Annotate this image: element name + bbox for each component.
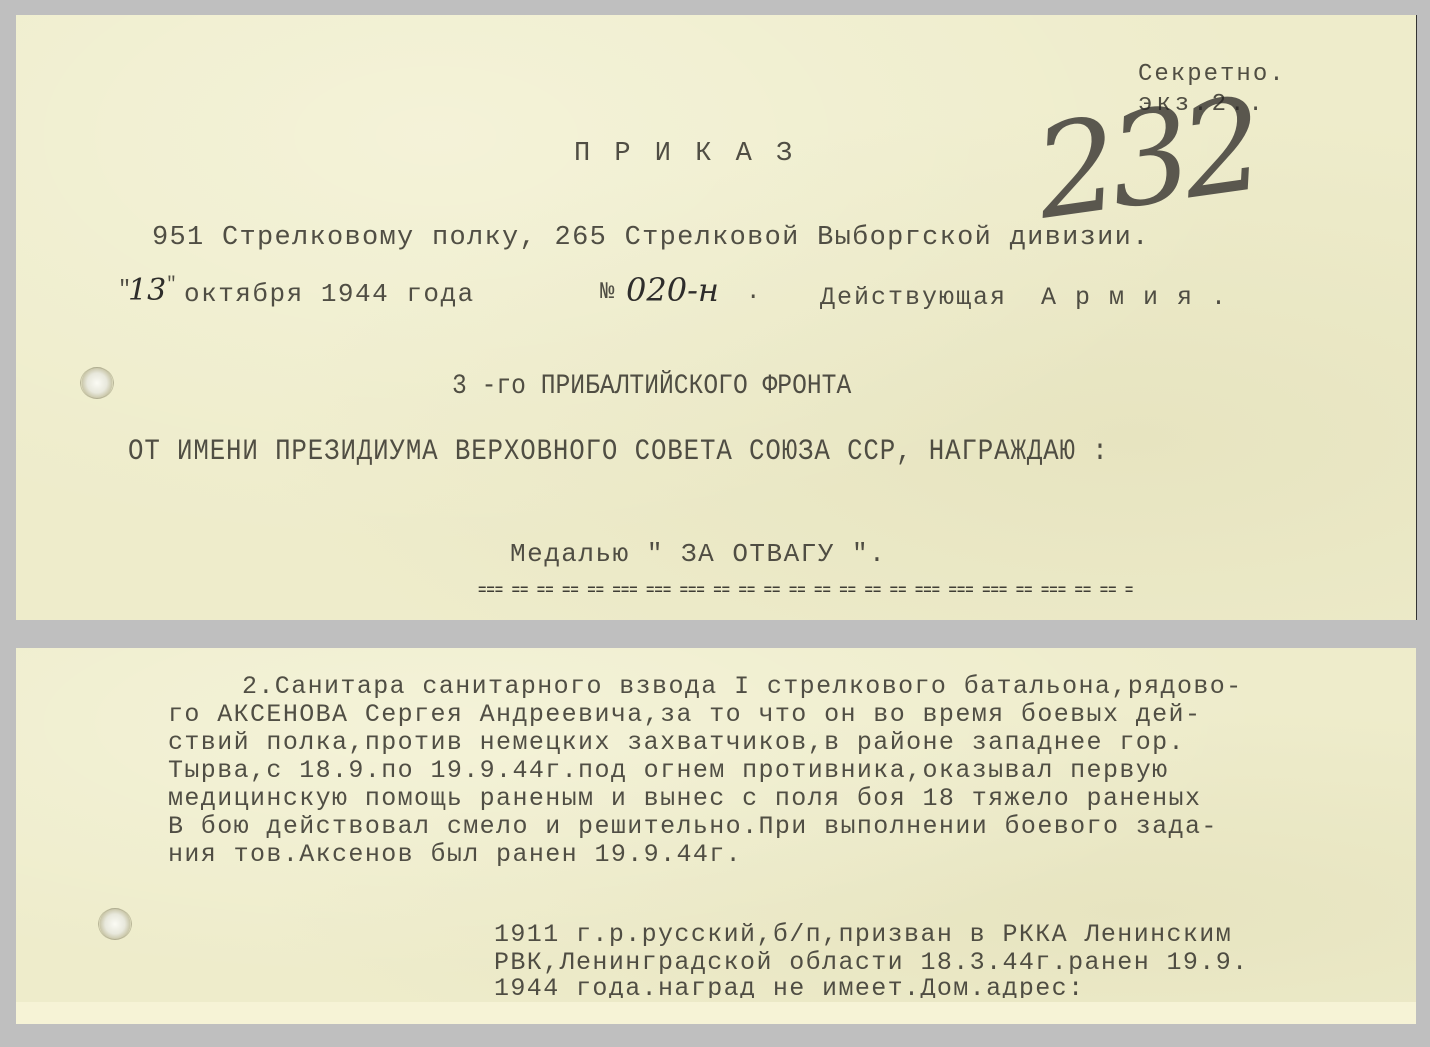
order-number-label: № [600, 279, 615, 306]
date-close-quote: " [166, 275, 178, 295]
document-page-top: Секретно. экз.2.. 232 П Р И К А З 951 Ст… [16, 15, 1417, 620]
citation-line: медицинскую помощь раненым и вынес с пол… [168, 784, 1201, 813]
citation-line: ния тов.Аксенов был ранен 19.9.44г. [168, 840, 742, 869]
handwritten-day: 13 [128, 273, 166, 308]
hole-punch-top [80, 367, 114, 399]
citation-line: го АКСЕНОВА Сергея Андреевича,за то что … [168, 700, 1201, 729]
document-page-bottom: 2.Санитара санитарного взвода I стрелков… [16, 648, 1416, 1024]
date-month-year: октября 1944 года [184, 279, 475, 309]
document-title: П Р И К А З [574, 139, 796, 169]
bio-line: 1944 года.наград не имеет.Дом.адрес: [494, 974, 1085, 998]
citation-line: ствий полка,против немецких захватчиков,… [168, 728, 1185, 757]
front-name: 3 -го ПРИБАЛТИЙСКОГО ФРОНТА [452, 371, 851, 402]
award-underline: === == == == == === === === == == == == … [478, 583, 1133, 599]
addressee-line: 951 Стрелковому полку, 265 Стрелковой Вы… [152, 223, 1150, 253]
citation-line: Тырва,с 18.9.по 19.9.44г.под огнем проти… [168, 756, 1169, 785]
citation-line: В бою действовал смело и решительно.При … [168, 812, 1218, 841]
citation-line: 2.Санитара санитарного взвода I стрелков… [242, 672, 1243, 701]
active-army-label: Действующая А р м и я . [820, 283, 1228, 312]
award-line: Медалью " ЗА ОТВАГУ ". [510, 539, 886, 569]
date-number-line: " 13 " октября 1944 года № 020-н . Дейст… [114, 277, 1314, 317]
citation-paragraph: 2.Санитара санитарного взвода I стрелков… [16, 648, 1416, 908]
bio-line: 1911 г.р.русский,б/п,призван в РККА Лени… [494, 920, 1232, 949]
handwritten-order-number: 020-н [626, 271, 719, 309]
presidium-line: ОТ ИМЕНИ ПРЕЗИДИУМА ВЕРХОВНОГО СОВЕТА СО… [128, 435, 1109, 469]
order-number-dot: . [746, 279, 761, 306]
biography-paragraph: 1911 г.р.русский,б/п,призван в РККА Лени… [16, 898, 1416, 1008]
handwritten-sheet-number: 232 [1027, 70, 1266, 248]
bio-line: РВК,Ленинградской области 18.3.44г.ранен… [494, 948, 1249, 977]
page-crop-edge [16, 1002, 1416, 1024]
